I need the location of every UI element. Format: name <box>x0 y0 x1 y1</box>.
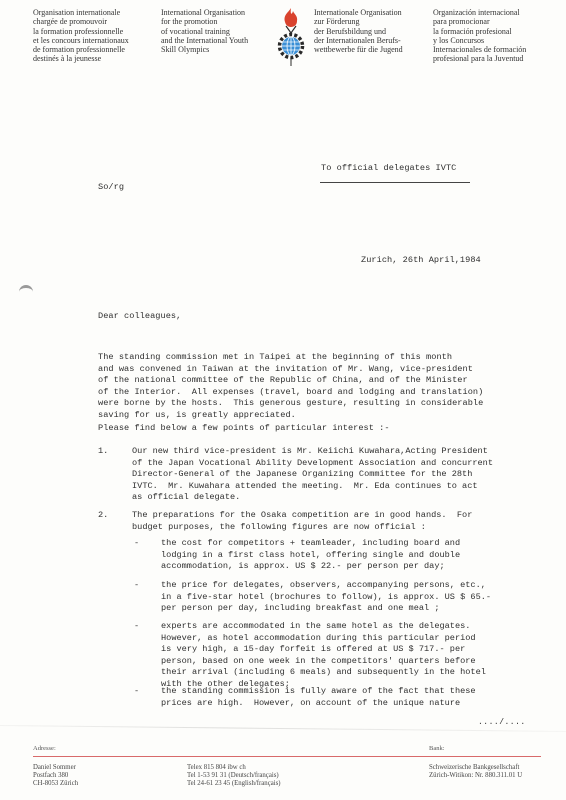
sub-bullet: - <box>134 621 139 631</box>
continuation-mark: ..../.... <box>478 718 526 727</box>
punch-hole-top <box>19 285 33 298</box>
sub-item-text: the standing commission is fully aware o… <box>161 686 476 709</box>
sub-item-text: the cost for competitors + teamleader, i… <box>161 538 460 573</box>
footer-address: Daniel Sommer Postfach 380 CH-8053 Züric… <box>33 764 78 788</box>
sub-item-text: experts are accommodated in the same hot… <box>161 621 486 691</box>
point-number: 1. <box>98 446 108 456</box>
point-text: Our new third vice-president is Mr. Keii… <box>132 446 493 504</box>
sub-bullet: - <box>134 686 139 696</box>
footer-rule <box>33 756 541 757</box>
sub-bullet: - <box>134 580 139 590</box>
letterhead-english: International Organisation for the promo… <box>161 8 248 54</box>
reference-code: So/rg <box>98 182 124 194</box>
letterhead-spanish: Organización internacional para promocio… <box>433 8 526 64</box>
sub-item-text: the price for delegates, observers, acco… <box>161 580 491 615</box>
intro-paragraph: The standing commission met in Taipei at… <box>98 352 483 422</box>
salutation: Dear colleagues, <box>98 311 181 323</box>
letterhead-german: Internationale Organisation zur Förderun… <box>314 8 403 54</box>
point-number: 2. <box>98 510 108 520</box>
points-intro: Please find below a few points of partic… <box>98 423 390 435</box>
bank-label: Bank: <box>429 745 445 752</box>
footer-bank: Schweizerische Bankgesellschaft Zürich-W… <box>429 764 522 780</box>
letterhead-french: Organisation internationale chargée de p… <box>33 8 129 64</box>
footer-telecom: Telex 815 804 ibw ch Tel 1-53 91 31 (Deu… <box>187 764 281 788</box>
sub-bullet: - <box>134 538 139 548</box>
recipient-line: To official delegates IVTC <box>321 163 456 175</box>
point-text: The preparations for the Osaka competiti… <box>132 510 472 533</box>
address-label: Adresse: <box>33 745 56 752</box>
letter-date: Zurich, 26th April,1984 <box>361 255 481 267</box>
flame-globe-gear-logo-icon <box>276 6 306 68</box>
recipient-underline <box>320 182 470 183</box>
